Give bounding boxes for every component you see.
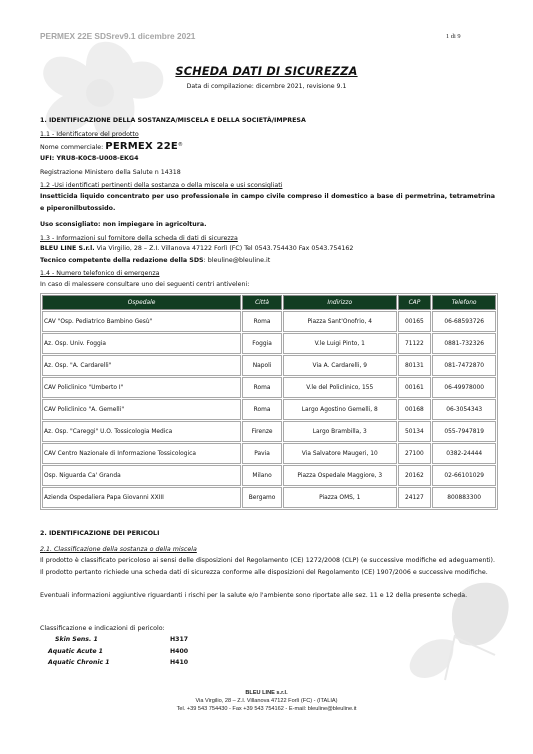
- address-cell: Largo Agostino Gemelli, 8: [283, 399, 397, 420]
- table-row: Az. Osp. "Careggi" U.O. Tossicologia Med…: [42, 421, 496, 442]
- ufi-code: UFI: YRU8-K0C8-U008-EKG4: [40, 155, 138, 162]
- cap-cell: 80131: [398, 355, 432, 376]
- technician-line: Tecnico competente della redazione della…: [40, 257, 270, 264]
- hospital-cell: Az. Osp. "A. Cardarelli": [42, 355, 241, 376]
- section-2-1-heading: 2.1. Classificazione della sostanza o de…: [40, 546, 197, 553]
- hospital-cell: Osp. Niguarda Ca' Granda: [42, 465, 241, 486]
- classification-paragraph: Il prodotto è classificato pericoloso ai…: [40, 555, 495, 579]
- hazard-class: Aquatic Acute 1: [48, 648, 103, 655]
- cap-cell: 50134: [398, 421, 432, 442]
- city-cell: Roma: [242, 399, 282, 420]
- trade-name-label: Nome commerciale:: [40, 144, 105, 151]
- document-subtitle: Data di compilazione: dicembre 2021, rev…: [0, 83, 533, 90]
- poison-centers-table: OspedaleCittàIndirizzoCAPTelefono CAV "O…: [40, 293, 498, 510]
- cap-cell: 00161: [398, 377, 432, 398]
- phone-cell: 081-7472870: [432, 355, 496, 376]
- hazard-code: H317: [170, 636, 188, 643]
- address-cell: Via A. Cardarelli, 9: [283, 355, 397, 376]
- use-description: Insetticida liquido concentrato per uso …: [40, 191, 495, 215]
- hospital-cell: CAV Policlinico "A. Gemelli": [42, 399, 241, 420]
- city-cell: Roma: [242, 377, 282, 398]
- cap-cell: 20162: [398, 465, 432, 486]
- registered-mark: ®: [178, 142, 183, 148]
- footer-address: Via Virgilio, 28 – Z.I. Villanova 47122 …: [0, 698, 533, 704]
- supplier-address: Via Virgilio, 28 – Z.I. Villanova 47122 …: [95, 245, 354, 252]
- technician-email[interactable]: : bleuline@bleuline.it: [204, 257, 271, 264]
- phone-cell: 800883300: [432, 487, 496, 508]
- phone-cell: 06-3054343: [432, 399, 496, 420]
- phone-cell: 02-66101029: [432, 465, 496, 486]
- table-header-row: OspedaleCittàIndirizzoCAPTelefono: [42, 295, 496, 310]
- city-cell: Napoli: [242, 355, 282, 376]
- hospital-cell: Az. Osp. "Careggi" U.O. Tossicologia Med…: [42, 421, 241, 442]
- document-reference: PERMEX 22E SDSrev9.1 dicembre 2021: [40, 31, 195, 41]
- column-header: Città: [242, 295, 282, 310]
- section-1-heading: 1. IDENTIFICAZIONE DELLA SOSTANZA/MISCEL…: [40, 117, 306, 124]
- city-cell: Bergamo: [242, 487, 282, 508]
- cap-cell: 71122: [398, 333, 432, 354]
- cap-cell: 24127: [398, 487, 432, 508]
- table-row: Osp. Niguarda Ca' GrandaMilanoPiazza Osp…: [42, 465, 496, 486]
- column-header: Telefono: [432, 295, 496, 310]
- cap-cell: 00165: [398, 311, 432, 332]
- document-title: SCHEDA DATI DI SICUREZZA: [0, 65, 533, 78]
- column-header: Indirizzo: [283, 295, 397, 310]
- phone-cell: 055-7947819: [432, 421, 496, 442]
- supplier-name: BLEU LINE S.r.l.: [40, 245, 95, 252]
- footer-company: BLEU LINE s.r.l.: [0, 690, 533, 696]
- phone-cell: 06-49978000: [432, 377, 496, 398]
- hospital-cell: CAV "Osp. Pediatrico Bambino Gesù": [42, 311, 241, 332]
- hazard-code: H410: [170, 659, 188, 666]
- hazard-code: H400: [170, 648, 188, 655]
- table-row: Azienda Ospedaliera Papa Giovanni XXIIIB…: [42, 487, 496, 508]
- phone-cell: 0382-24444: [432, 443, 496, 464]
- address-cell: Piazza Sant'Onofrio, 4: [283, 311, 397, 332]
- address-cell: V.le del Policlinico, 155: [283, 377, 397, 398]
- classification-label: Classificazione e indicazioni di pericol…: [40, 625, 165, 632]
- address-cell: Piazza Ospedale Maggiore, 3: [283, 465, 397, 486]
- trade-name-line: Nome commerciale: PERMEX 22E®: [40, 141, 183, 152]
- cap-cell: 27100: [398, 443, 432, 464]
- address-cell: V.le Luigi Pinto, 1: [283, 333, 397, 354]
- section-1-3-heading: 1.3 - Informazioni sul fornitore della s…: [40, 235, 238, 242]
- cap-cell: 00168: [398, 399, 432, 420]
- address-cell: Piazza OMS, 1: [283, 487, 397, 508]
- address-cell: Largo Brambilla, 3: [283, 421, 397, 442]
- city-cell: Foggia: [242, 333, 282, 354]
- city-cell: Firenze: [242, 421, 282, 442]
- city-cell: Pavia: [242, 443, 282, 464]
- table-row: CAV Policlinico "Umberto I"RomaV.le del …: [42, 377, 496, 398]
- footer-contacts: Tel. +39 543 754430 - Fax +39 543 754162…: [0, 706, 533, 712]
- table-row: CAV "Osp. Pediatrico Bambino Gesù"RomaPi…: [42, 311, 496, 332]
- section-1-4-heading: 1.4 - Numero telefonico di emergenza: [40, 270, 160, 277]
- emergency-intro: In caso di malessere consultare uno dei …: [40, 281, 249, 288]
- supplier-line: BLEU LINE S.r.l. Via Virgilio, 28 – Z.I.…: [40, 245, 353, 252]
- phone-cell: 06-68593726: [432, 311, 496, 332]
- hazard-class: Skin Sens. 1: [55, 636, 98, 643]
- section-1-2-heading: 1.2 -Usi identificati pertinenti della s…: [40, 182, 282, 189]
- address-cell: Via Salvatore Maugeri, 10: [283, 443, 397, 464]
- technician-label: Tecnico competente della redazione della…: [40, 257, 204, 264]
- registration-number: Registrazione Ministero della Salute n 1…: [40, 169, 181, 176]
- hospital-cell: Az. Osp. Univ. Foggia: [42, 333, 241, 354]
- additional-info-paragraph: Eventuali informazioni aggiuntive riguar…: [40, 590, 495, 602]
- column-header: CAP: [398, 295, 432, 310]
- hospital-cell: CAV Centro Nazionale di Informazione Tos…: [42, 443, 241, 464]
- phone-cell: 0881-732326: [432, 333, 496, 354]
- trade-name: PERMEX 22E: [105, 141, 178, 152]
- section-2-heading: 2. IDENTIFICAZIONE DEI PERICOLI: [40, 530, 159, 537]
- hospital-cell: CAV Policlinico "Umberto I": [42, 377, 241, 398]
- table-row: Az. Osp. "A. Cardarelli"NapoliVia A. Car…: [42, 355, 496, 376]
- column-header: Ospedale: [42, 295, 241, 310]
- hospital-cell: Azienda Ospedaliera Papa Giovanni XXIII: [42, 487, 241, 508]
- table-row: Az. Osp. Univ. FoggiaFoggiaV.le Luigi Pi…: [42, 333, 496, 354]
- city-cell: Roma: [242, 311, 282, 332]
- city-cell: Milano: [242, 465, 282, 486]
- hazard-class: Aquatic Chronic 1: [48, 659, 110, 666]
- discouraged-use: Uso sconsigliato: non impiegare in agric…: [40, 221, 206, 228]
- table-row: CAV Centro Nazionale di Informazione Tos…: [42, 443, 496, 464]
- page-number: 1 di 9: [446, 33, 461, 40]
- section-1-1-heading: 1.1 - Identificatore del prodotto: [40, 131, 139, 138]
- table-row: CAV Policlinico "A. Gemelli"RomaLargo Ag…: [42, 399, 496, 420]
